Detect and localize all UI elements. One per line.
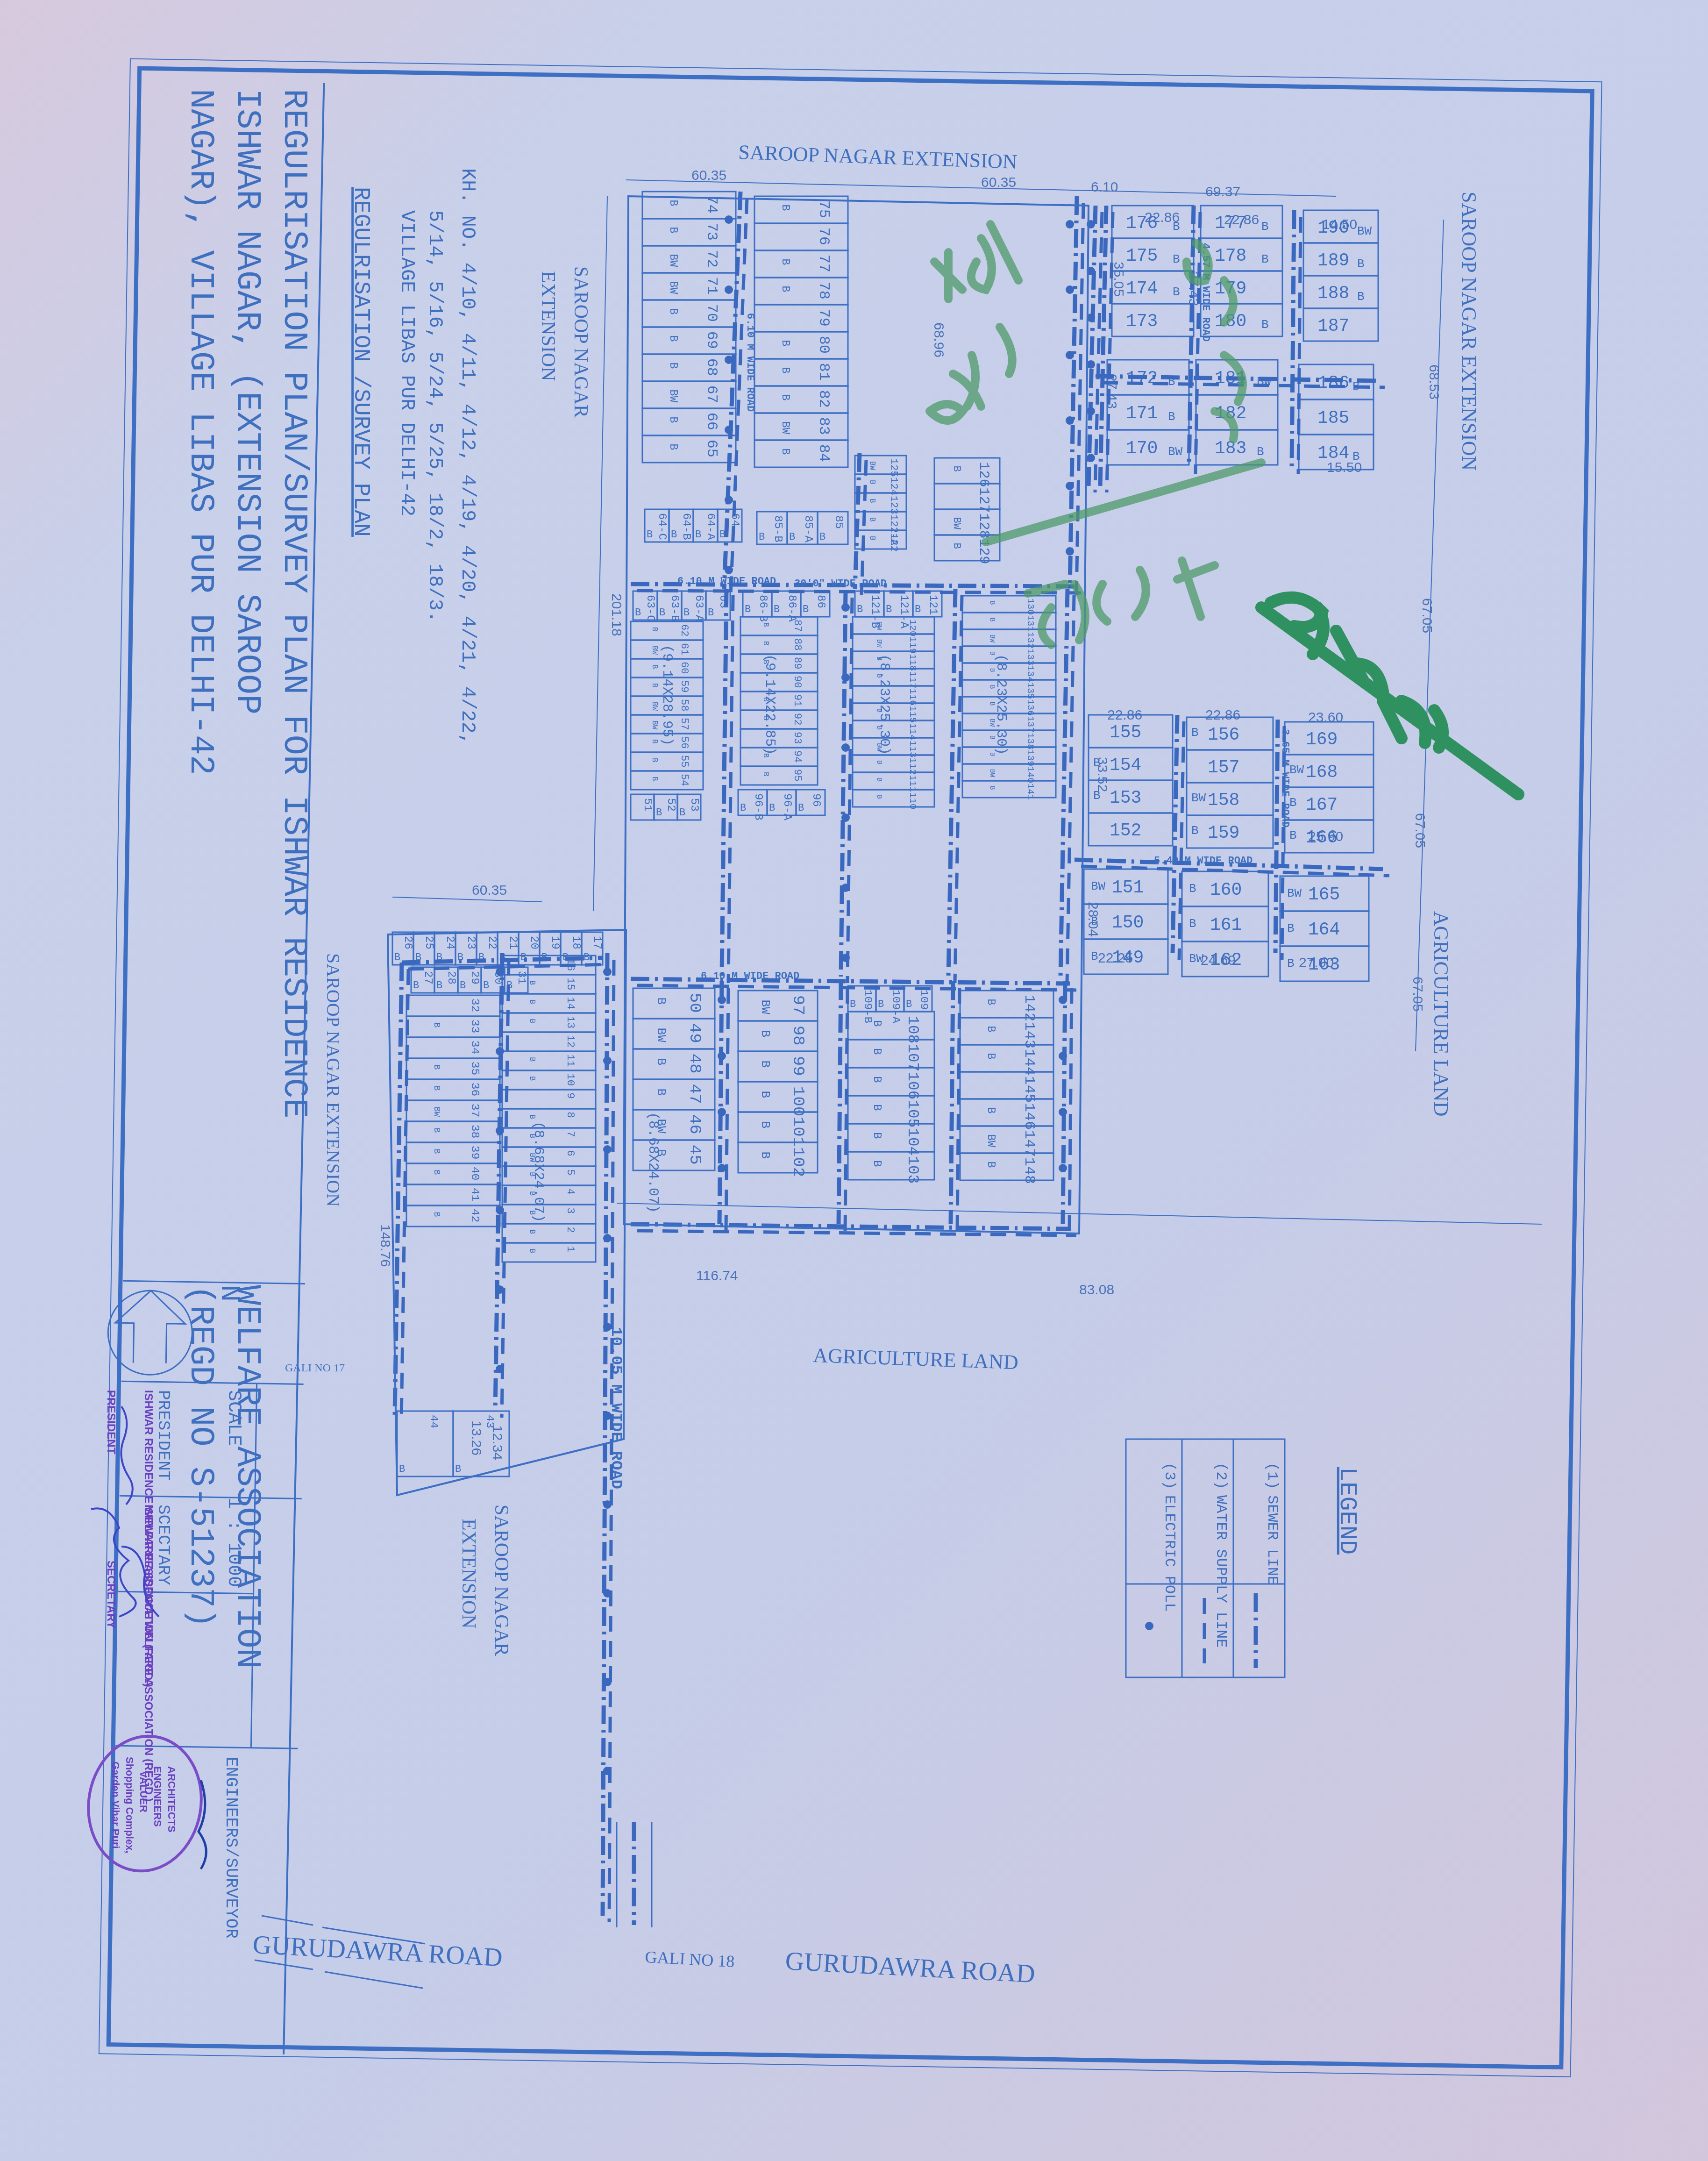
svg-text:53: 53 <box>688 798 700 812</box>
water-line <box>955 595 962 983</box>
plot-type: B <box>868 517 876 522</box>
svg-text:B: B <box>584 952 590 963</box>
svg-text:B: B <box>483 980 489 991</box>
sewer-line <box>948 589 955 977</box>
svg-text:B: B <box>878 998 884 1010</box>
gali-17-label: GALI NO 17 <box>285 1362 345 1374</box>
plot-number: 38 <box>468 1125 481 1139</box>
svg-text:B: B <box>683 607 690 619</box>
electric-pole <box>1059 1108 1067 1116</box>
svg-text:B: B <box>1173 252 1180 266</box>
svg-text:24: 24 <box>443 936 456 949</box>
svg-text:163: 163 <box>1308 955 1340 975</box>
svg-text:157: 157 <box>1208 758 1239 778</box>
svg-text:154: 154 <box>1110 756 1141 776</box>
plot-number: 87 <box>791 620 803 632</box>
plot-type: B <box>779 394 791 400</box>
plot-number: 79 <box>815 309 833 327</box>
svg-text:(9.14X22.85): (9.14X22.85) <box>761 654 777 755</box>
gali-18-label: GALI NO 18 <box>645 1947 735 1971</box>
plot-type: B <box>667 416 679 423</box>
electric-pole <box>725 496 733 504</box>
plots-layer: 176B175B174B173172B171B170BW177B178B1791… <box>388 192 1389 1922</box>
svg-text:BW: BW <box>1191 791 1206 805</box>
plot-type: B <box>875 777 882 782</box>
plot-type: B <box>875 760 882 764</box>
kh-line-3: VILLAGE LIBAS PUR DELHI-42 <box>396 210 418 516</box>
electric-pole <box>841 673 850 682</box>
electric-pole <box>603 1678 612 1686</box>
plot-type: B <box>650 683 659 688</box>
svg-text:161: 161 <box>1210 915 1242 935</box>
plot-type: B <box>528 1229 537 1234</box>
svg-text:6.10: 6.10 <box>1091 179 1118 195</box>
svg-text:19: 19 <box>548 936 561 949</box>
svg-text:BW: BW <box>1357 224 1372 238</box>
plot-block-e: 169168BW167B166B165BW164B163B <box>1280 722 1374 981</box>
svg-text:(8.68X24.07): (8.68X24.07) <box>645 1112 661 1213</box>
plot-type: B <box>667 200 679 206</box>
electric-pole <box>496 968 504 976</box>
svg-text:187: 187 <box>1317 316 1349 336</box>
svg-text:6.10 M WIDE ROAD: 6.10 M WIDE ROAD <box>744 313 756 412</box>
plot-type: B <box>985 1161 997 1168</box>
plot-type: BW <box>432 1107 441 1117</box>
svg-text:121: 121 <box>926 595 939 615</box>
electric-pole <box>603 1145 612 1154</box>
svg-text:B: B <box>1357 257 1365 271</box>
svg-text:175: 175 <box>1126 246 1158 266</box>
svg-text:85-A: 85-A <box>802 515 814 542</box>
svg-text:168: 168 <box>1306 763 1338 783</box>
plot-number: 59 <box>678 680 690 692</box>
plot-type: B <box>650 664 659 669</box>
svg-text:B: B <box>1189 917 1196 931</box>
area-label-right-bottom: AGRICULTURE LAND <box>1430 911 1452 1117</box>
svg-text:155: 155 <box>1110 723 1141 743</box>
plot-type: B <box>988 786 996 790</box>
svg-text:68.96: 68.96 <box>931 322 947 357</box>
svg-text:67.05: 67.05 <box>1412 813 1428 848</box>
electric-pole <box>1059 1052 1067 1060</box>
electric-pole-icon <box>1145 1622 1153 1630</box>
plot-number: 77 <box>815 255 833 272</box>
plot-number: 13 <box>564 1016 576 1028</box>
svg-text:201.18: 201.18 <box>609 593 624 636</box>
svg-text:B: B <box>1191 824 1199 838</box>
secretary-stamp: ISHWAR RESIDENCE WELFARE ASSOCIATION (RE… <box>142 1505 155 1802</box>
plot-type: B <box>667 308 679 314</box>
plot-number: 7 <box>564 1131 576 1137</box>
plot-number: 65 <box>703 440 720 457</box>
plot-number: 62 <box>678 624 690 636</box>
svg-text:52: 52 <box>664 798 677 812</box>
scale-label: SCALE <box>223 1390 244 1446</box>
svg-text:B: B <box>769 802 775 814</box>
plot-type: B <box>870 1160 883 1167</box>
svg-text:190: 190 <box>1317 218 1349 238</box>
electric-pole <box>1066 220 1074 228</box>
svg-text:86: 86 <box>814 595 827 608</box>
plot-number: 9 <box>564 1092 576 1099</box>
plot-number: 39 <box>468 1146 481 1160</box>
kh-line-2: 5/14, 5/16, 5/24, 5/25, 18/2, 18/3. <box>424 210 446 622</box>
plot-type: B <box>432 1086 441 1091</box>
plot-type: BW <box>985 1134 997 1147</box>
electric-pole <box>841 603 850 612</box>
plot-number: 36 <box>468 1083 481 1097</box>
legend-item-sewer: (1) SEWER LINE <box>1264 1462 1281 1585</box>
svg-text:83.08: 83.08 <box>1079 1282 1114 1298</box>
svg-text:B: B <box>850 998 856 1010</box>
svg-text:184: 184 <box>1317 443 1349 464</box>
plot-type: BW <box>650 702 659 711</box>
plot-type: BW <box>667 389 679 402</box>
sewer-line <box>841 591 846 977</box>
plot-number: 103 <box>904 1156 921 1184</box>
plot-number: 56 <box>678 736 690 749</box>
svg-text:(8.68X24.07): (8.68X24.07) <box>530 1121 546 1222</box>
plot-type: B <box>528 999 537 1004</box>
title-line-1-group: REGULRISATION PLAN/SURVEY PLAN FOR ISHWA… <box>275 89 313 1119</box>
svg-text:B: B <box>1287 921 1295 935</box>
plot-block-ne: 190BW189B188B187186B185184B <box>1299 210 1378 470</box>
plot-number: 83 <box>815 417 833 435</box>
plot-type: BW <box>875 639 882 648</box>
electric-pole <box>496 1047 504 1056</box>
svg-text:63-B: 63-B <box>668 595 681 622</box>
svg-text:B: B <box>1091 914 1098 928</box>
plot-number: 50 <box>685 993 705 1013</box>
svg-text:B: B <box>774 604 780 615</box>
svg-text:177: 177 <box>1215 214 1246 234</box>
svg-text:162: 162 <box>1210 950 1242 970</box>
svg-text:(2): (2) <box>1212 1462 1230 1490</box>
plot-type: B <box>870 1020 883 1027</box>
svg-text:96: 96 <box>810 793 822 807</box>
plot-type: B <box>868 499 876 503</box>
plot-type: B <box>650 758 659 763</box>
electric-pole <box>841 884 850 892</box>
svg-text:23.60: 23.60 <box>1308 710 1343 725</box>
sewer-line <box>1060 589 1067 977</box>
plot-type: B <box>951 543 962 549</box>
plot-type: B <box>779 204 791 211</box>
plot-number: 97 <box>789 995 808 1015</box>
plot-type: B <box>432 1212 441 1217</box>
electric-pole <box>496 1365 504 1373</box>
plot-block-col_97_102: 97BW98B99B100B101B102B <box>738 991 818 1177</box>
electric-pole <box>603 1767 612 1775</box>
plot-type: B <box>528 1076 537 1081</box>
svg-text:158: 158 <box>1208 791 1239 811</box>
svg-text:(8.23X25.30): (8.23X25.30) <box>993 654 1009 755</box>
electric-pole <box>725 356 733 364</box>
electric-pole <box>725 566 733 574</box>
plot-type: B <box>779 258 791 265</box>
svg-text:160: 160 <box>1210 880 1242 900</box>
plot-type: B <box>667 443 679 450</box>
plot-number: 60 <box>678 662 690 674</box>
plot-block-col_32_42: 3233B3435B36B37BW38B39B40B4142B <box>406 995 500 1227</box>
electric-pole <box>603 1056 612 1065</box>
svg-text:B: B <box>436 980 442 991</box>
electric-pole <box>496 1127 504 1135</box>
plot-type: BW <box>650 646 659 655</box>
svg-text:B: B <box>1093 756 1101 770</box>
plot-type: B <box>779 367 791 373</box>
svg-text:43: 43 <box>483 1415 496 1428</box>
electric-pole <box>603 1234 612 1242</box>
water-line <box>1067 595 1074 983</box>
svg-text:164: 164 <box>1308 920 1340 940</box>
svg-text:B: B <box>635 607 641 619</box>
plot-number: 92 <box>791 713 803 725</box>
svg-text:B: B <box>759 531 765 543</box>
svg-text:6.10 M WIDE ROAD: 6.10 M WIDE ROAD <box>677 576 776 587</box>
plot-type: BW <box>951 517 962 530</box>
plot-number: 81 <box>815 363 833 381</box>
svg-text:B: B <box>1352 449 1360 464</box>
svg-text:B: B <box>1261 318 1269 332</box>
plot-block-col_74_65: 74B73B72BW71BW70B69B68B67BW66B65B <box>642 192 736 463</box>
plot-number: 95 <box>791 769 803 781</box>
svg-text:B: B <box>1191 726 1199 740</box>
svg-text:Shopping Complex,: Shopping Complex, <box>124 1757 135 1854</box>
water-line <box>1076 203 1083 595</box>
svg-text:B: B <box>1261 220 1269 234</box>
plot-number: 141 <box>1025 783 1035 800</box>
svg-text:B: B <box>460 980 466 991</box>
svg-text:B: B <box>695 529 701 541</box>
svg-text:153: 153 <box>1110 788 1141 808</box>
svg-text:B: B <box>1091 949 1098 963</box>
svg-text:169: 169 <box>1306 730 1338 750</box>
plot-type: B <box>758 1061 772 1068</box>
area-label-right-top: SAROOP NAGAR EXTENSION <box>1458 192 1480 471</box>
svg-text:109: 109 <box>917 990 930 1010</box>
plot-number: 148 <box>1021 1157 1038 1184</box>
sewer-line <box>951 981 953 1224</box>
electric-pole <box>1066 351 1074 359</box>
svg-text:B: B <box>745 604 751 615</box>
electric-pole <box>1066 285 1074 294</box>
area-label-agriculture: AGRICULTURE LAND <box>813 1344 1019 1374</box>
svg-text:(3): (3) <box>1161 1462 1178 1490</box>
svg-text:166: 166 <box>1306 828 1338 848</box>
plot-number: 98 <box>789 1026 808 1046</box>
area-label-saroop-1b: EXTENSION <box>537 271 559 381</box>
plot-type: BW <box>650 720 659 730</box>
electric-pole <box>718 1052 726 1060</box>
plot-number: 58 <box>678 699 690 711</box>
svg-text:188: 188 <box>1317 284 1349 304</box>
plot-type: B <box>528 1114 537 1119</box>
president-label: PRESIDENT <box>154 1390 173 1481</box>
svg-text:(1): (1) <box>1264 1462 1281 1490</box>
svg-text:B: B <box>413 980 419 991</box>
svg-text:68.53: 68.53 <box>1426 364 1442 399</box>
svg-text:SEWER LINE: SEWER LINE <box>1264 1495 1281 1585</box>
plot-number: 94 <box>791 750 803 763</box>
svg-text:B: B <box>1173 285 1180 299</box>
svg-text:67.05: 67.05 <box>1419 598 1435 633</box>
secretary-stamp-role: SECRETARY <box>105 1561 117 1628</box>
svg-text:18: 18 <box>569 936 582 949</box>
electric-pole <box>841 813 850 822</box>
water-line <box>847 598 852 983</box>
svg-text:BW: BW <box>1091 879 1106 893</box>
svg-text:176: 176 <box>1126 214 1158 234</box>
plot-row-row_121: 121-BB121-AB121B <box>855 591 942 629</box>
legend-item-electric: (3) ELECTRIC POLL <box>1161 1462 1178 1612</box>
svg-text:67.05: 67.05 <box>1410 977 1425 1012</box>
plot-number: 90 <box>791 676 803 688</box>
plot-type: B <box>779 340 791 346</box>
plot-number: 11 <box>564 1054 576 1067</box>
engineer-label: ENGINEERS/SURVEYOR <box>221 1757 241 1939</box>
plot-type: B <box>870 1076 883 1083</box>
svg-text:64-A: 64-A <box>704 513 717 540</box>
svg-text:(8.23X25.30): (8.23X25.30) <box>876 654 892 755</box>
title-line-3: NAGAR), VILLAGE LIBAS PUR DELHI-42 <box>181 89 220 775</box>
plot-type: B <box>432 1128 441 1133</box>
svg-text:B: B <box>671 529 677 541</box>
svg-text:20: 20 <box>527 936 540 949</box>
plot-number: 5 <box>564 1169 576 1176</box>
plot-number: 57 <box>678 718 690 730</box>
plot-number: 76 <box>815 228 833 245</box>
svg-text:31: 31 <box>515 971 527 984</box>
electric-pole <box>1087 407 1095 415</box>
secretary-label: SCECTARY <box>154 1505 173 1585</box>
plot-number: 68 <box>703 358 720 376</box>
svg-text:86-B: 86-B <box>756 595 769 622</box>
svg-text:167: 167 <box>1306 795 1338 815</box>
plot-number: 48 <box>685 1054 705 1074</box>
plot-number: 54 <box>678 774 690 786</box>
svg-text:152: 152 <box>1110 821 1141 841</box>
electric-pole <box>603 968 612 976</box>
plot-number: 37 <box>468 1104 481 1118</box>
electric-pole <box>718 1108 726 1116</box>
plot-type: B <box>528 1248 537 1253</box>
legend-item-water: (2) WATER SUPPLY LINE <box>1212 1462 1230 1647</box>
sewer-line <box>1292 210 1294 467</box>
plot-number: 66 <box>703 413 720 430</box>
svg-text:28: 28 <box>445 971 457 984</box>
title-line-3b: (REGD NO S-51237) <box>181 1285 220 1628</box>
plot-number: 82 <box>815 390 833 408</box>
svg-text:B: B <box>1257 445 1264 459</box>
svg-text:178: 178 <box>1215 246 1246 266</box>
plot-number: 99 <box>789 1056 808 1076</box>
svg-text:64-C: 64-C <box>655 513 668 540</box>
plot-type: B <box>654 1058 668 1066</box>
scale-value: 1 : 1000 <box>223 1498 244 1587</box>
electric-pole <box>1087 454 1095 462</box>
plot-type: B <box>779 285 791 292</box>
plot-type: BW <box>779 421 791 434</box>
water-line <box>1069 988 1072 1231</box>
svg-text:B: B <box>394 952 400 963</box>
svg-text:B: B <box>399 1463 405 1475</box>
plot-number: 12 <box>564 1035 576 1048</box>
sewer-line <box>1275 720 1278 953</box>
svg-text:159: 159 <box>1208 823 1239 843</box>
svg-text:156: 156 <box>1208 725 1239 745</box>
plot-number: 93 <box>791 732 803 744</box>
plot-type: B <box>528 1019 537 1023</box>
title-line-2b: WELFARE ASSOCIATION <box>228 1285 266 1669</box>
plot-number: 75 <box>815 200 833 218</box>
plot-type: BW <box>667 254 679 267</box>
plot-block-e: 156B157158BW159B160B161B162BW <box>1182 717 1273 977</box>
legend: LEGEND (1) SEWER LINE (2) WATER SUPPLY L… <box>1126 1439 1361 1677</box>
plot-number: 89 <box>791 657 803 669</box>
plot-number: 8 <box>564 1112 576 1118</box>
svg-text:B: B <box>886 604 892 615</box>
plot-number: 91 <box>791 694 803 706</box>
plot-type: B <box>654 1089 668 1096</box>
plot-number: 40 <box>468 1167 481 1181</box>
svg-text:6.10 M WIDE ROAD: 6.10 M WIDE ROAD <box>701 970 799 982</box>
svg-text:60.35: 60.35 <box>981 175 1016 190</box>
electric-pole <box>1066 547 1074 556</box>
sewer-line <box>631 979 1070 984</box>
electric-pole <box>1066 482 1074 490</box>
plot-type: B <box>528 980 537 985</box>
svg-text:109-A: 109-A <box>889 990 902 1024</box>
sewer-line <box>395 963 402 1416</box>
plot-type: B <box>758 1030 772 1038</box>
svg-text:171: 171 <box>1126 404 1158 424</box>
plot-type: B <box>988 618 996 622</box>
svg-text:27.43: 27.43 <box>1104 374 1119 409</box>
title-line-1: REGULRISATION PLAN/SURVEY PLAN FOR ISHWA… <box>275 89 313 1119</box>
plot-type: BW <box>988 769 996 777</box>
plot-block-col_126: 126B127128BW129B <box>934 458 1000 564</box>
plot-number: 61 <box>678 643 690 655</box>
svg-text:21: 21 <box>506 936 519 949</box>
svg-text:109-B: 109-B <box>861 990 874 1023</box>
svg-text:186: 186 <box>1317 373 1349 393</box>
plot-block-ne: 176B175B174B173172B171B170BW <box>1107 206 1194 465</box>
plot-number: 49 <box>685 1023 705 1043</box>
plot-type: BW <box>654 1028 668 1043</box>
plot-block-col_108_103: 108B107B106B105B104B103B <box>848 1012 934 1184</box>
svg-text:B: B <box>857 604 863 615</box>
electric-pole <box>841 743 850 752</box>
plot-type: B <box>985 998 997 1005</box>
area-label-saroop-bottom-a: SAROOP NAGAR <box>491 1505 512 1656</box>
plot-type: B <box>985 1026 997 1032</box>
sewer-line <box>839 981 841 1224</box>
plot-number: 70 <box>703 304 720 322</box>
svg-text:B: B <box>740 802 746 814</box>
svg-text:B: B <box>708 607 714 619</box>
plot-type: BW <box>868 461 876 471</box>
electric-pole <box>725 215 733 224</box>
plot-type: B <box>432 1065 441 1070</box>
plot-number: 102 <box>789 1147 808 1177</box>
svg-text:60.35: 60.35 <box>472 883 507 898</box>
plot-number: 1 <box>564 1246 576 1252</box>
svg-text:151: 151 <box>1112 878 1144 898</box>
plot-number: 45 <box>685 1145 705 1165</box>
plot-type: B <box>988 601 996 605</box>
plot-number: 80 <box>815 336 833 354</box>
